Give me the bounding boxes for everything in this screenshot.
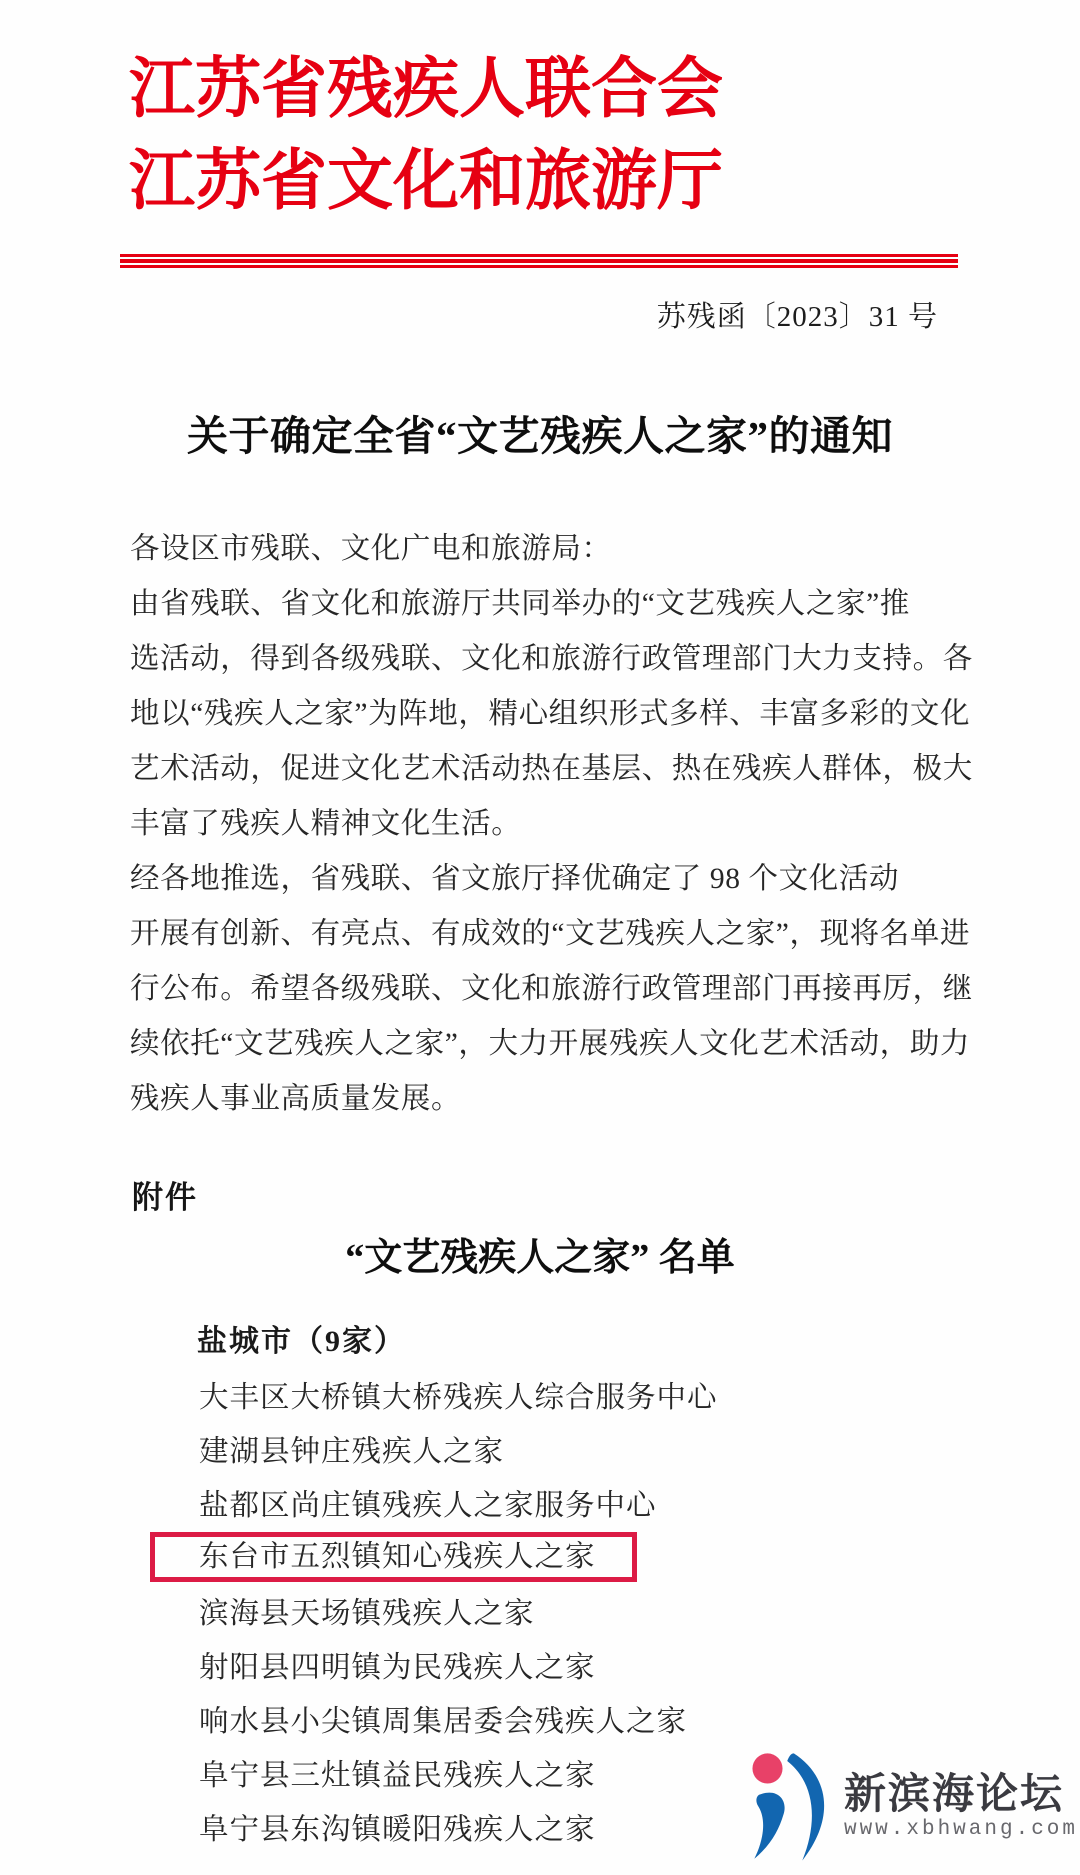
forum-watermark-text: 新滨海论坛 www.xbhwang.com — [844, 1771, 1078, 1843]
organization-name: 阜宁县三灶镇益民残疾人之家 — [199, 1752, 596, 1794]
organization-name: 射阳县四明镇为民残疾人之家 — [199, 1644, 596, 1686]
organization-name: 大丰区大桥镇大桥残疾人综合服务中心 — [199, 1374, 718, 1416]
salutation-line: 各设区市残联、文化广电和旅游局： — [130, 522, 970, 577]
attachment-list-title: “文艺残疾人之家” 名单 — [0, 1226, 1080, 1281]
organization-list-item: 阜宁县三灶镇益民残疾人之家 — [199, 1746, 718, 1800]
forum-logo-icon — [744, 1751, 838, 1863]
forum-site-name: 新滨海论坛 — [844, 1771, 1078, 1817]
letterhead-line-2: 江苏省文化和旅游厅 — [129, 136, 953, 228]
letterhead: 江苏省残疾人联合会 江苏省文化和旅游厅 — [129, 44, 953, 228]
body-line: 地以“残疾人之家”为阵地，精心组织形式多样、丰富多彩的文化 — [130, 687, 970, 742]
organization-list-item: 建湖县钟庄残疾人之家 — [199, 1422, 718, 1476]
body-line: 经各地推选，省残联、省文旅厅择优确定了 98 个文化活动 — [130, 852, 970, 907]
paragraph-1: 由省残联、省文化和旅游厅共同举办的“文艺残疾人之家”推选活动，得到各级残联、文化… — [130, 577, 970, 852]
red-divider-rule — [120, 254, 958, 268]
organization-name: 响水县小尖镇周集居委会残疾人之家 — [199, 1698, 687, 1740]
organization-list-item: 阜宁县东沟镇暖阳残疾人之家 — [199, 1800, 718, 1854]
organization-name: 盐都区尚庄镇残疾人之家服务中心 — [199, 1482, 657, 1524]
official-document-page: 江苏省残疾人联合会 江苏省文化和旅游厅 苏残函〔2023〕31 号 关于确定全省… — [0, 0, 1080, 1875]
organization-name: 滨海县天场镇残疾人之家 — [199, 1590, 535, 1632]
forum-site-url: www.xbhwang.com — [844, 1817, 1078, 1843]
body-line: 行公布。希望各级残联、文化和旅游行政管理部门再接再厉，继 — [130, 962, 970, 1017]
organization-name: 东台市五烈镇知心残疾人之家 — [150, 1532, 637, 1582]
body-line: 开展有创新、有亮点、有成效的“文艺残疾人之家”，现将名单进 — [130, 907, 970, 962]
body-line: 由省残联、省文化和旅游厅共同举办的“文艺残疾人之家”推 — [130, 577, 970, 632]
letterhead-line-1: 江苏省残疾人联合会 — [129, 44, 953, 136]
paragraph-2: 经各地推选，省残联、省文旅厅择优确定了 98 个文化活动开展有创新、有亮点、有成… — [130, 852, 970, 1127]
organization-name: 建湖县钟庄残疾人之家 — [199, 1428, 504, 1470]
organization-name: 阜宁县东沟镇暖阳残疾人之家 — [199, 1806, 596, 1848]
organization-list-item: 响水县小尖镇周集居委会残疾人之家 — [199, 1692, 718, 1746]
organization-list-item: 滨海县天场镇残疾人之家 — [199, 1584, 718, 1638]
organization-list-item: 东台市五烈镇知心残疾人之家 — [199, 1530, 718, 1584]
body-line: 残疾人事业高质量发展。 — [130, 1072, 970, 1127]
attachment-label: 附件 — [132, 1172, 198, 1217]
body-line: 续依托“文艺残疾人之家”，大力开展残疾人文化艺术活动，助力 — [130, 1017, 970, 1072]
organization-list: 大丰区大桥镇大桥残疾人综合服务中心 建湖县钟庄残疾人之家 盐都区尚庄镇残疾人之家… — [199, 1368, 718, 1854]
organization-list-item: 大丰区大桥镇大桥残疾人综合服务中心 — [199, 1368, 718, 1422]
forum-watermark: 新滨海论坛 www.xbhwang.com — [744, 1751, 1078, 1863]
body-line: 艺术活动，促进文化艺术活动热在基层、热在残疾人群体，极大 — [130, 742, 970, 797]
rule-bottom-line — [120, 265, 958, 268]
organization-list-item: 盐都区尚庄镇残疾人之家服务中心 — [199, 1476, 718, 1530]
city-header-yancheng: 盐城市（9家） — [197, 1316, 406, 1360]
body-line: 丰富了残疾人精神文化生活。 — [130, 797, 970, 852]
organization-list-item: 射阳县四明镇为民残疾人之家 — [199, 1638, 718, 1692]
document-title: 关于确定全省“文艺残疾人之家”的通知 — [0, 403, 1080, 462]
document-body: 各设区市残联、文化广电和旅游局： 由省残联、省文化和旅游厅共同举办的“文艺残疾人… — [130, 522, 970, 1127]
body-line: 选活动，得到各级残联、文化和旅游行政管理部门大力支持。各 — [130, 632, 970, 687]
doc-reference-number: 苏残函〔2023〕31 号 — [657, 294, 938, 335]
